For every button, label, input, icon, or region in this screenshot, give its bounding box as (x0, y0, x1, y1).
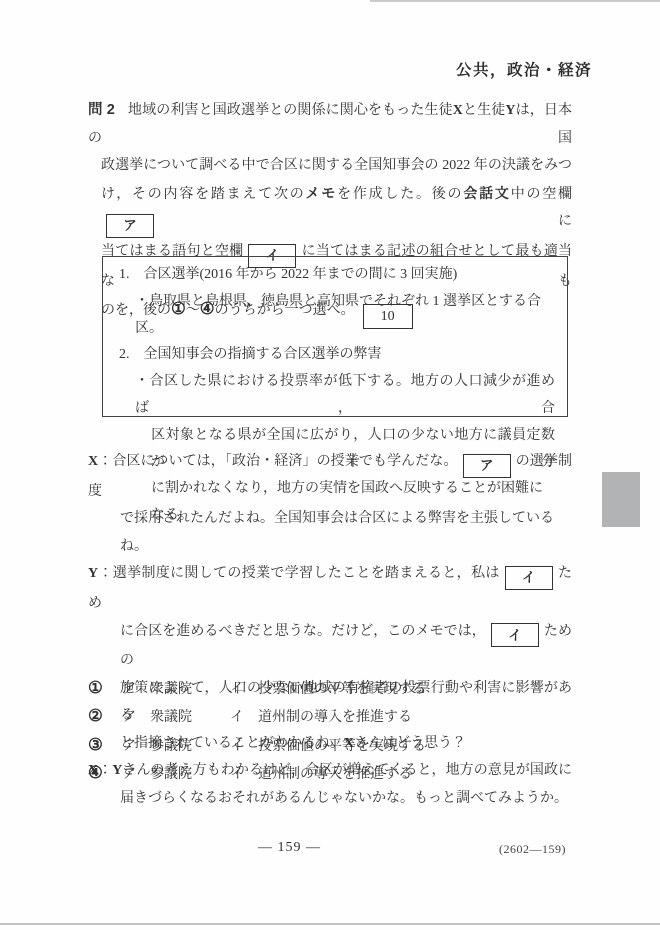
memo-box: 1. 合区選挙(2016 年から 2022 年までの間に 3 回実施)・鳥取県と… (102, 256, 568, 417)
option-b-value: 投票価値の平等を実現する (258, 735, 426, 755)
text-segment: 届きづらくなるおそれがあるんじゃないかな。もっと調べてみようか。 (120, 791, 568, 806)
option-row: ④ア参議院イ道州制の導入を推進する (88, 763, 528, 791)
text-segment: に合区を進めるべきだと思うな。だけど，このメモでは， (120, 624, 486, 639)
student-name: X (88, 454, 98, 469)
option-b-value: 道州制の導入を推進する (258, 706, 412, 726)
text-segment: ・鳥取県と島根県，徳島県と高知県でそれぞれ 1 選挙区とする合区。 (135, 294, 541, 336)
text-line: け，その内容を踏まえて次のメモを作成した。後の会話文中の空欄アに (88, 180, 572, 238)
gothic-emphasis: メモ (306, 185, 338, 201)
option-number: ① (88, 678, 122, 698)
text-line: ・鳥取県と島根県，徳島県と高知県でそれぞれ 1 選挙区とする合区。 (119, 289, 555, 343)
blank-box-a: ア (106, 214, 154, 238)
text-line: Y：選挙制度に関しての授業で学習したことを踏まえると，私はイため (88, 560, 572, 617)
text-line: X：合区については，「政治・経済」の授業でも学んだな。アの選挙制度 (88, 448, 572, 505)
gothic-emphasis: 会話文 (463, 185, 510, 201)
option-b-value: 投票価値の平等を実現する (258, 678, 426, 698)
option-a-value: 衆議院 (150, 706, 230, 726)
text-segment: 政選挙について調べる中で合区に関する全国知事会の 2022 年の決議をみつ (101, 158, 572, 173)
option-a-value: 参議院 (150, 763, 230, 783)
option-a-value: 参議院 (150, 735, 230, 755)
text-segment: に (159, 214, 572, 229)
subject-header: 公共，政治・経済 (0, 58, 592, 80)
text-segment: 地域の利害と国政選挙との関係に関心をもった生徒 (128, 103, 453, 118)
option-row: ②ア衆議院イ道州制の導入を推進する (88, 706, 528, 734)
text-line: 1. 合区選挙(2016 年から 2022 年までの間に 3 回実施) (119, 262, 555, 289)
text-segment: ・合区した県における投票率が低下する。地方の人口減少が進めば，合 (135, 374, 555, 416)
student-name: Y (505, 103, 515, 118)
blank-box-b: イ (491, 623, 539, 647)
scan-artifact-top (370, 0, 660, 2)
page-number: — 159 — (258, 840, 321, 856)
blank-box-a: ア (463, 454, 511, 478)
text-segment: を作成した。後の (337, 187, 463, 202)
option-b-value: 道州制の導入を推進する (258, 763, 412, 783)
text-line: 問 2地域の利害と国政選挙との関係に関心をもった生徒Xと生徒Yは，日本の国 (88, 97, 572, 152)
text-segment: で採用されたんだよね。全国知事会は合区による弊害を主張しているね。 (120, 511, 554, 554)
option-b-label: イ (230, 735, 258, 755)
option-row: ③ア参議院イ投票価値の平等を実現する (88, 735, 528, 763)
text-line: に合区を進めるべきだと思うな。だけど，このメモでは，イための (88, 618, 572, 675)
option-a-label: ア (122, 706, 150, 726)
edge-index-tab (602, 472, 640, 527)
text-line: ・合区した県における投票率が低下する。地方の人口減少が進めば，合 (119, 369, 555, 423)
text-segment: 1. 合区選挙(2016 年から 2022 年までの間に 3 回実施) (119, 267, 457, 282)
text-segment: 中の空欄 (511, 187, 572, 202)
text-segment: と生徒 (463, 103, 506, 118)
text-line: で採用されたんだよね。全国知事会は合区による弊害を主張しているね。 (88, 505, 572, 560)
option-a-label: ア (122, 678, 150, 698)
option-b-label: イ (230, 706, 258, 726)
option-a-label: ア (122, 763, 150, 783)
text-line: 2. 全国知事会の指摘する合区選挙の弊害 (119, 342, 555, 369)
print-code: (2602—159) (499, 842, 566, 857)
student-name: Y (88, 566, 98, 581)
option-b-label: イ (230, 678, 258, 698)
option-a-label: ア (122, 735, 150, 755)
text-line: 政選挙について調べる中で合区に関する全国知事会の 2022 年の決議をみつ (88, 152, 572, 180)
text-segment: け，その内容を踏まえて次の (101, 187, 306, 202)
text-segment: 2. 全国知事会の指摘する合区選挙の弊害 (119, 347, 382, 362)
text-segment: ：合区については，「政治・経済」の授業でも学んだな。 (98, 454, 457, 469)
option-b-label: イ (230, 763, 258, 783)
blank-box-b: イ (505, 566, 553, 590)
scan-artifact-bottom (0, 923, 660, 925)
student-name: X (453, 103, 463, 118)
option-number: ② (88, 706, 122, 726)
option-a-value: 衆議院 (150, 678, 230, 698)
question-number-label: 問 2 (88, 102, 115, 118)
answer-options: ①ア衆議院イ投票価値の平等を実現する②ア衆議院イ道州制の導入を推進する③ア参議院… (88, 678, 528, 792)
option-row: ①ア衆議院イ投票価値の平等を実現する (88, 678, 528, 706)
text-segment: ：選挙制度に関しての授業で学習したことを踏まえると，私は (98, 566, 500, 581)
option-number: ④ (88, 763, 122, 783)
option-number: ③ (88, 735, 122, 755)
